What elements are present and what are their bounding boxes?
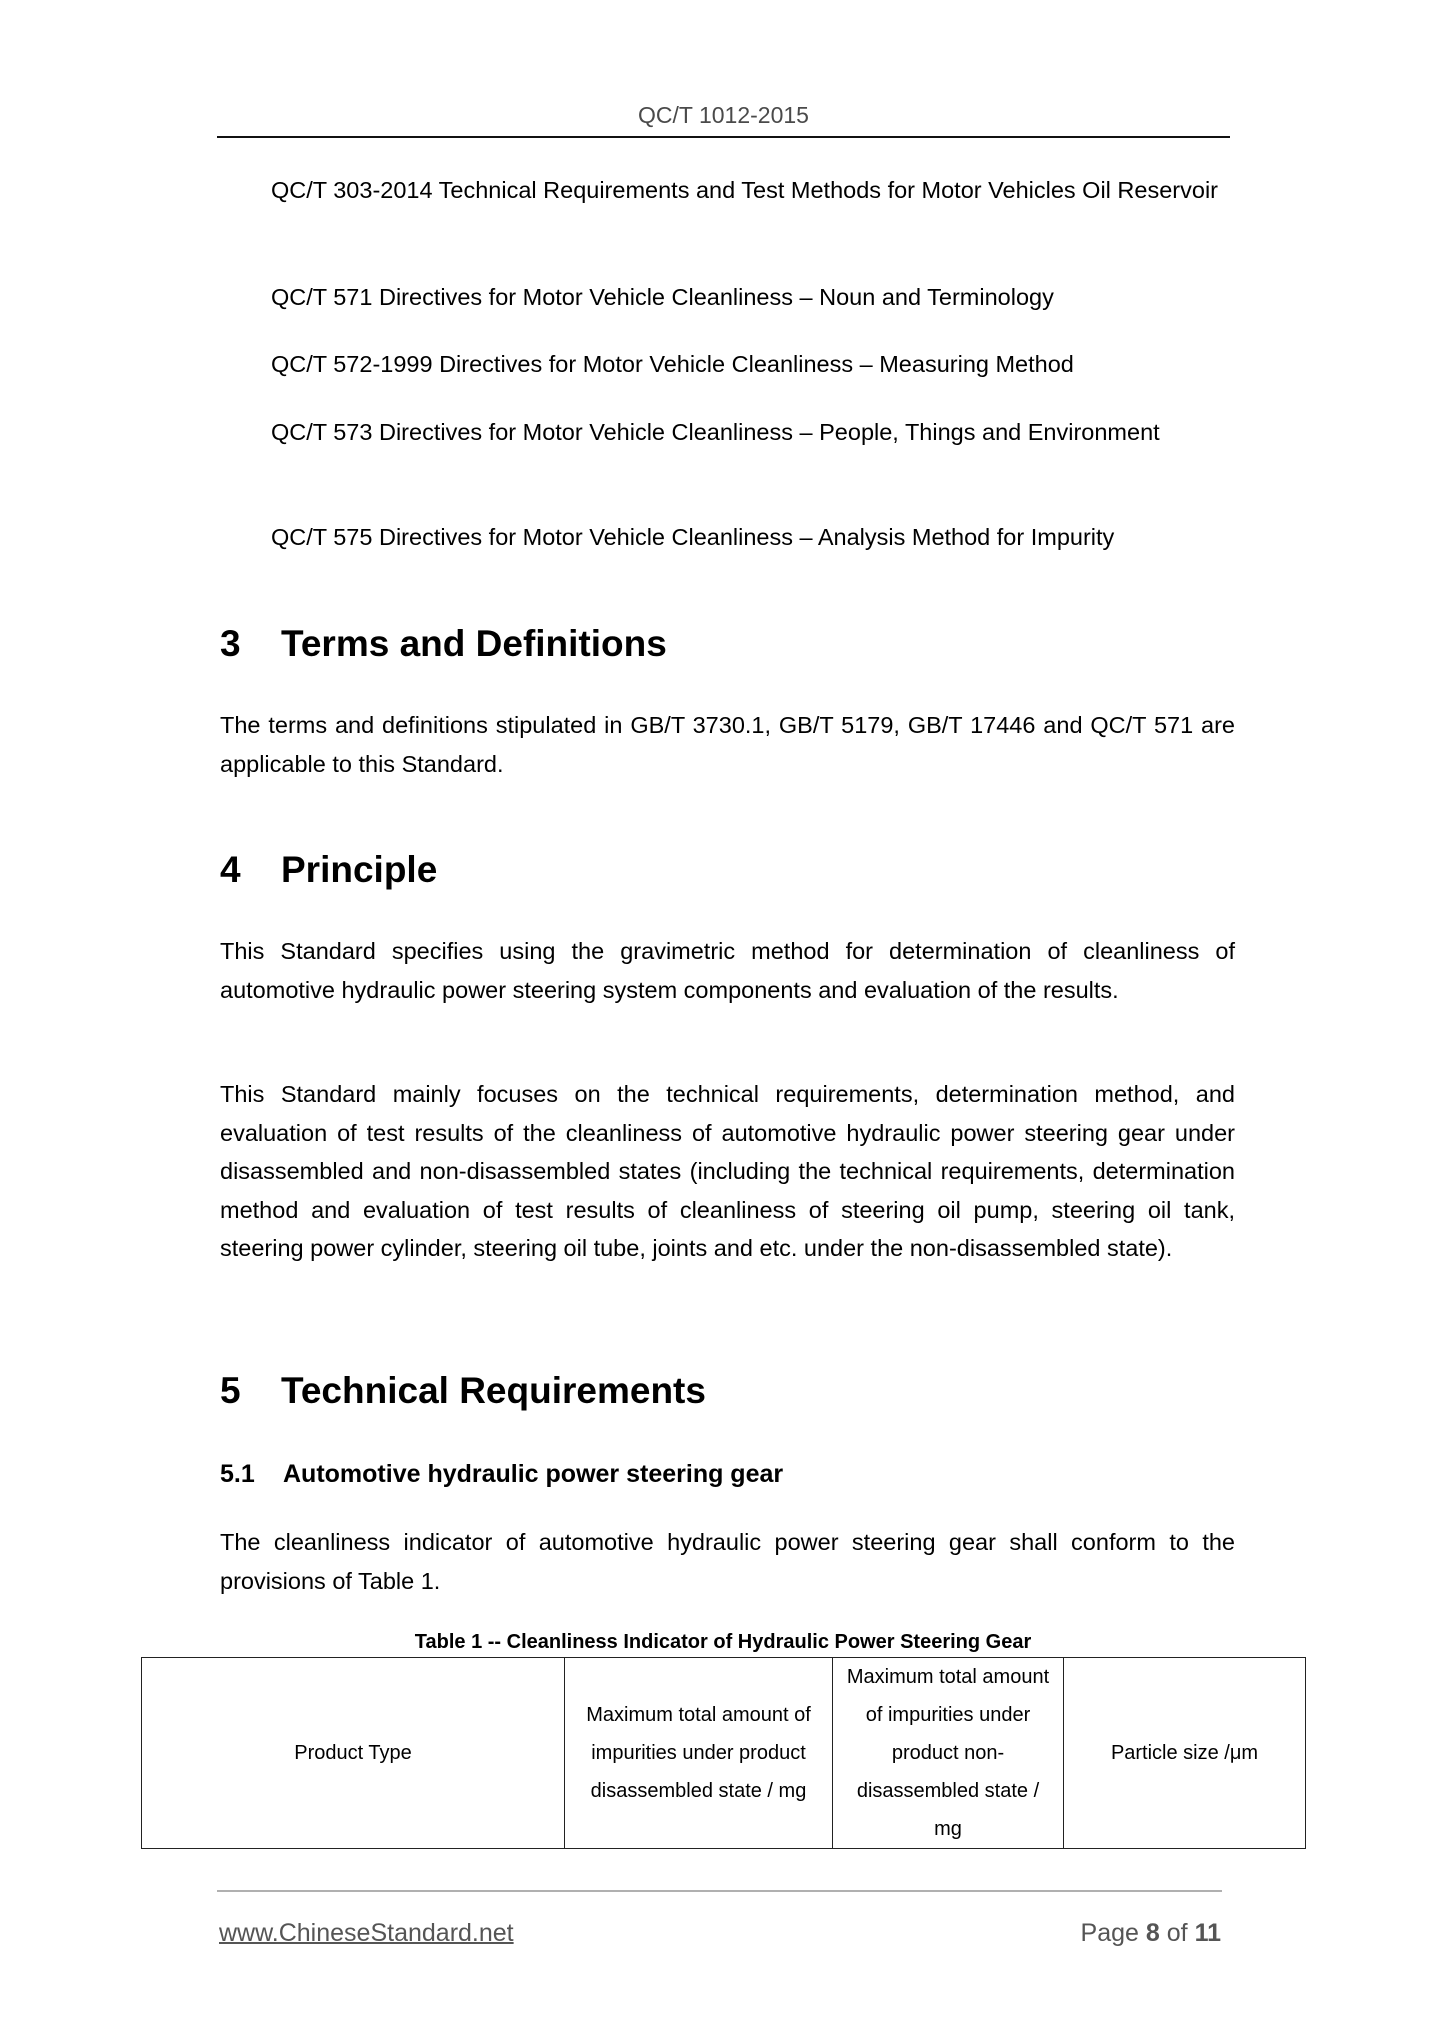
page-label: Page [1081, 1919, 1139, 1947]
reference-item: QC/T 573 Directives for Motor Vehicle Cl… [271, 413, 1235, 452]
table-caption: Table 1 -- Cleanliness Indicator of Hydr… [141, 1630, 1305, 1654]
website-link[interactable]: www.ChineseStandard.net [219, 1918, 514, 1948]
reference-item: QC/T 572-1999 Directives for Motor Vehic… [271, 345, 1235, 384]
section-heading-5: 5Technical Requirements [220, 1369, 706, 1413]
page-current: 8 [1146, 1919, 1160, 1947]
reference-item: QC/T 571 Directives for Motor Vehicle Cl… [271, 278, 1235, 317]
section-4-paragraph: This Standard specifies using the gravim… [220, 932, 1235, 1009]
table-header-cell: Maximum total amount of impurities under… [833, 1658, 1064, 1849]
header-divider [217, 136, 1230, 138]
table-header-row: Product Type Maximum total amount of imp… [142, 1658, 1306, 1849]
section-number: 3 [220, 622, 281, 666]
footer-divider [217, 1890, 1222, 1892]
section-title: Principle [281, 849, 437, 890]
section-number: 4 [220, 848, 281, 892]
section-title: Terms and Definitions [281, 623, 667, 664]
subsection-title: Automotive hydraulic power steering gear [283, 1460, 783, 1488]
section-3-paragraph: The terms and definitions stipulated in … [220, 706, 1235, 783]
section-heading-3: 3Terms and Definitions [220, 622, 667, 666]
reference-item: QC/T 575 Directives for Motor Vehicle Cl… [271, 518, 1235, 557]
table-header-cell: Maximum total amount of impurities under… [565, 1658, 833, 1849]
section-number: 5 [220, 1369, 281, 1413]
reference-item: QC/T 303-2014 Technical Requirements and… [271, 171, 1235, 210]
cleanliness-table: Product Type Maximum total amount of imp… [141, 1657, 1306, 1849]
table-header-cell: Product Type [142, 1658, 565, 1849]
page-of-label: of [1167, 1919, 1188, 1947]
page-indicator: Page 8 of 11 [1081, 1918, 1221, 1948]
subsection-heading-5-1: 5.1Automotive hydraulic power steering g… [220, 1459, 783, 1489]
page-total: 11 [1195, 1919, 1221, 1947]
section-5-1-paragraph: The cleanliness indicator of automotive … [220, 1523, 1235, 1600]
section-4-paragraph: This Standard mainly focuses on the tech… [220, 1075, 1235, 1268]
section-heading-4: 4Principle [220, 848, 437, 892]
table-header-cell: Particle size /μm [1064, 1658, 1306, 1849]
section-title: Technical Requirements [281, 1370, 706, 1411]
running-header: QC/T 1012-2015 [217, 101, 1230, 129]
subsection-number: 5.1 [220, 1459, 283, 1489]
